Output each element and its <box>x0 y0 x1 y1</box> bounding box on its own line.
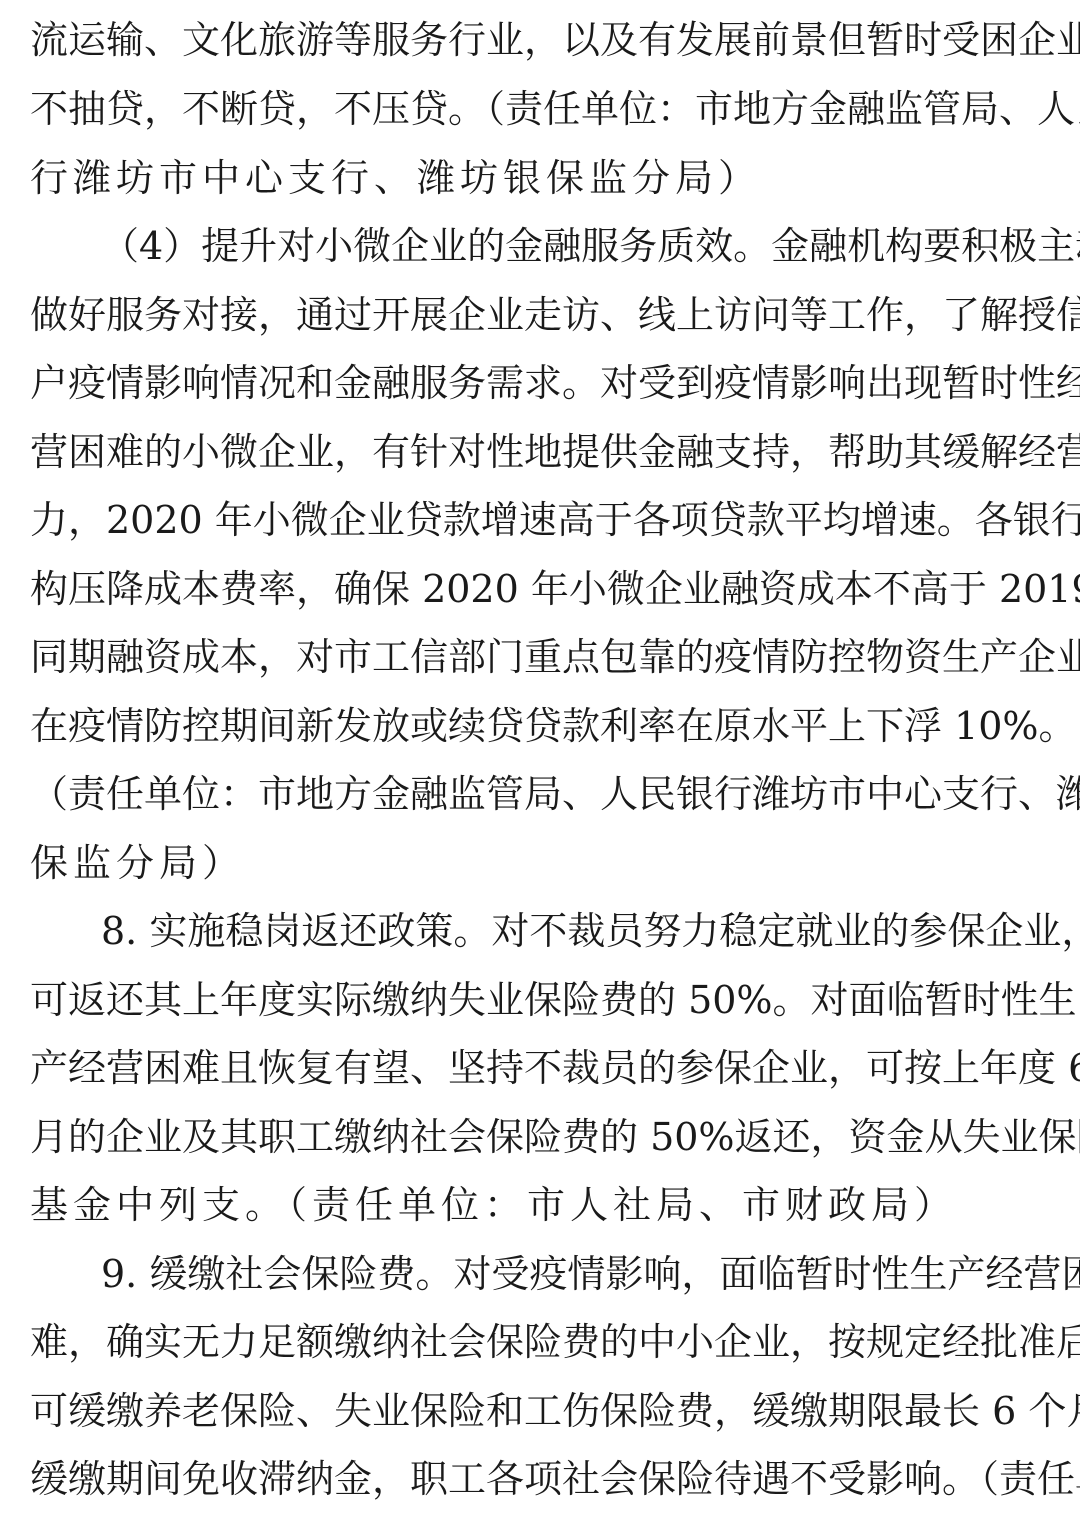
text-line: 不抽贷，不断贷，不压贷。（责任单位：市地方金融监管局、人民银 <box>30 79 1046 139</box>
text-line: 产经营困难且恢复有望、坚持不裁员的参保企业，可按上年度 6 个 <box>30 1038 1046 1098</box>
text-line: 月的企业及其职工缴纳社会保险费的 50%返还，资金从失业保险 <box>30 1107 1046 1167</box>
paragraph-heading-line: （4）提升对小微企业的金融服务质效。金融机构要积极主动 <box>101 216 1046 276</box>
text-line: 力，2020 年小微企业贷款增速高于各项贷款平均增速。各银行机 <box>30 490 1046 550</box>
text-line: 在疫情防控期间新发放或续贷贷款利率在原水平上下浮 10%。 <box>30 696 1046 756</box>
text-line: 基金中列支。（责任单位：市人社局、市财政局） <box>30 1175 1046 1235</box>
text-line: 构压降成本费率，确保 2020 年小微企业融资成本不高于 2019 年 <box>30 559 1046 619</box>
text-line: 难，确实无力足额缴纳社会保险费的中小企业，按规定经批准后， <box>30 1312 1046 1372</box>
text-line: 缓缴期间免收滞纳金，职工各项社会保险待遇不受影响。（责任单 <box>30 1449 1046 1509</box>
text-line: 流运输、文化旅游等服务行业，以及有发展前景但暂时受困企业， <box>30 10 1046 70</box>
text-line: 营困难的小微企业，有针对性地提供金融支持，帮助其缓解经营压 <box>30 422 1046 482</box>
text-line: 同期融资成本，对市工信部门重点包靠的疫情防控物资生产企业， <box>30 627 1046 687</box>
paragraph-heading-line: 8. 实施稳岗返还政策。对不裁员努力稳定就业的参保企业， <box>101 901 1046 961</box>
text-line: （责任单位：市地方金融监管局、人民银行潍坊市中心支行、潍坊银 <box>30 764 1046 824</box>
text-line: 做好服务对接，通过开展企业走访、线上访问等工作，了解授信客 <box>30 285 1046 345</box>
text-line: 可返还其上年度实际缴纳失业保险费的 50%。对面临暂时性生 <box>30 970 1046 1030</box>
text-line: 行潍坊市中心支行、潍坊银保监分局） <box>30 148 1046 208</box>
text-line: 保监分局） <box>30 833 1046 893</box>
paragraph-heading-line: 9. 缓缴社会保险费。对受疫情影响，面临暂时性生产经营困 <box>101 1244 1046 1304</box>
text-line: 可缓缴养老保险、失业保险和工伤保险费，缓缴期限最长 6 个月。 <box>30 1381 1046 1441</box>
text-line: 户疫情影响情况和金融服务需求。对受到疫情影响出现暂时性经 <box>30 353 1046 413</box>
